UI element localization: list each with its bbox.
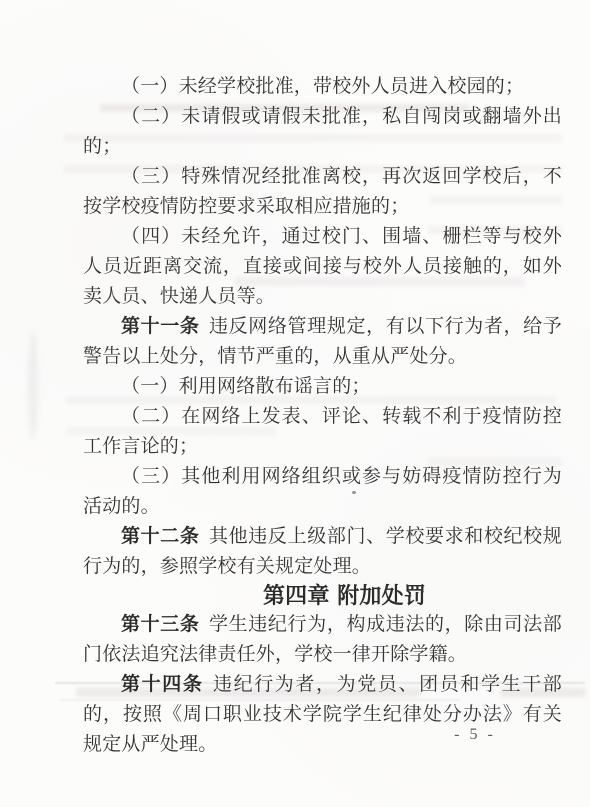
clause-item: （二）在网络上发表、评论、转载不利于疫情防控工作言论的； — [83, 402, 562, 462]
article-paragraph: 第十四条违纪行为者，为党员、团员和学生干部的，按照《周口职业技术学院学生纪律处分… — [83, 670, 562, 760]
page-number: - 5 - — [0, 726, 590, 744]
article-number-label: 第十一条 — [121, 316, 200, 337]
clause-item: （三）其他利用网络组织或参与妨碍疫情防控行为活动的。 — [83, 462, 562, 522]
article-number-label: 第十二条 — [121, 526, 200, 547]
article-number-label: 第十四条 — [121, 674, 203, 695]
document-body: （一）未经学校批准，带校外人员进入校园的； （二）未请假或请假未批准，私自闯岗或… — [83, 72, 562, 760]
clause-item: （三）特殊情况经批准离校，再次返回学校后，不按学校疫情防控要求采取相应措施的； — [83, 162, 562, 222]
article-paragraph: 第十三条学生违纪行为，构成违法的，除由司法部门依法追究法律责任外，学校一律开除学… — [83, 610, 562, 670]
article-paragraph: 第十一条违反网络管理规定，有以下行为者，给予警告以上处分，情节严重的，从重从严处… — [83, 312, 562, 372]
clause-item: （一）利用网络散布谣言的； — [83, 372, 562, 402]
clause-item: （二）未请假或请假未批准，私自闯岗或翻墙外出的； — [83, 102, 562, 162]
chapter-number-label: 第四章 — [263, 583, 330, 608]
chapter-heading: 第四章附加处罚 — [83, 582, 562, 610]
scan-smudge — [28, 330, 38, 440]
clause-item: （四）未经允许，通过校门、围墙、栅栏等与校外人员近距离交流，直接或间接与校外人员… — [83, 222, 562, 312]
document-page: （一）未经学校批准，带校外人员进入校园的； （二）未请假或请假未批准，私自闯岗或… — [0, 0, 590, 807]
chapter-title-text: 附加处罚 — [337, 583, 426, 608]
article-paragraph: 第十二条其他违反上级部门、学校要求和校纪校规行为的，参照学校有关规定处理。 — [83, 522, 562, 582]
clause-item: （一）未经学校批准，带校外人员进入校园的； — [83, 72, 562, 102]
article-number-label: 第十三条 — [121, 614, 200, 635]
